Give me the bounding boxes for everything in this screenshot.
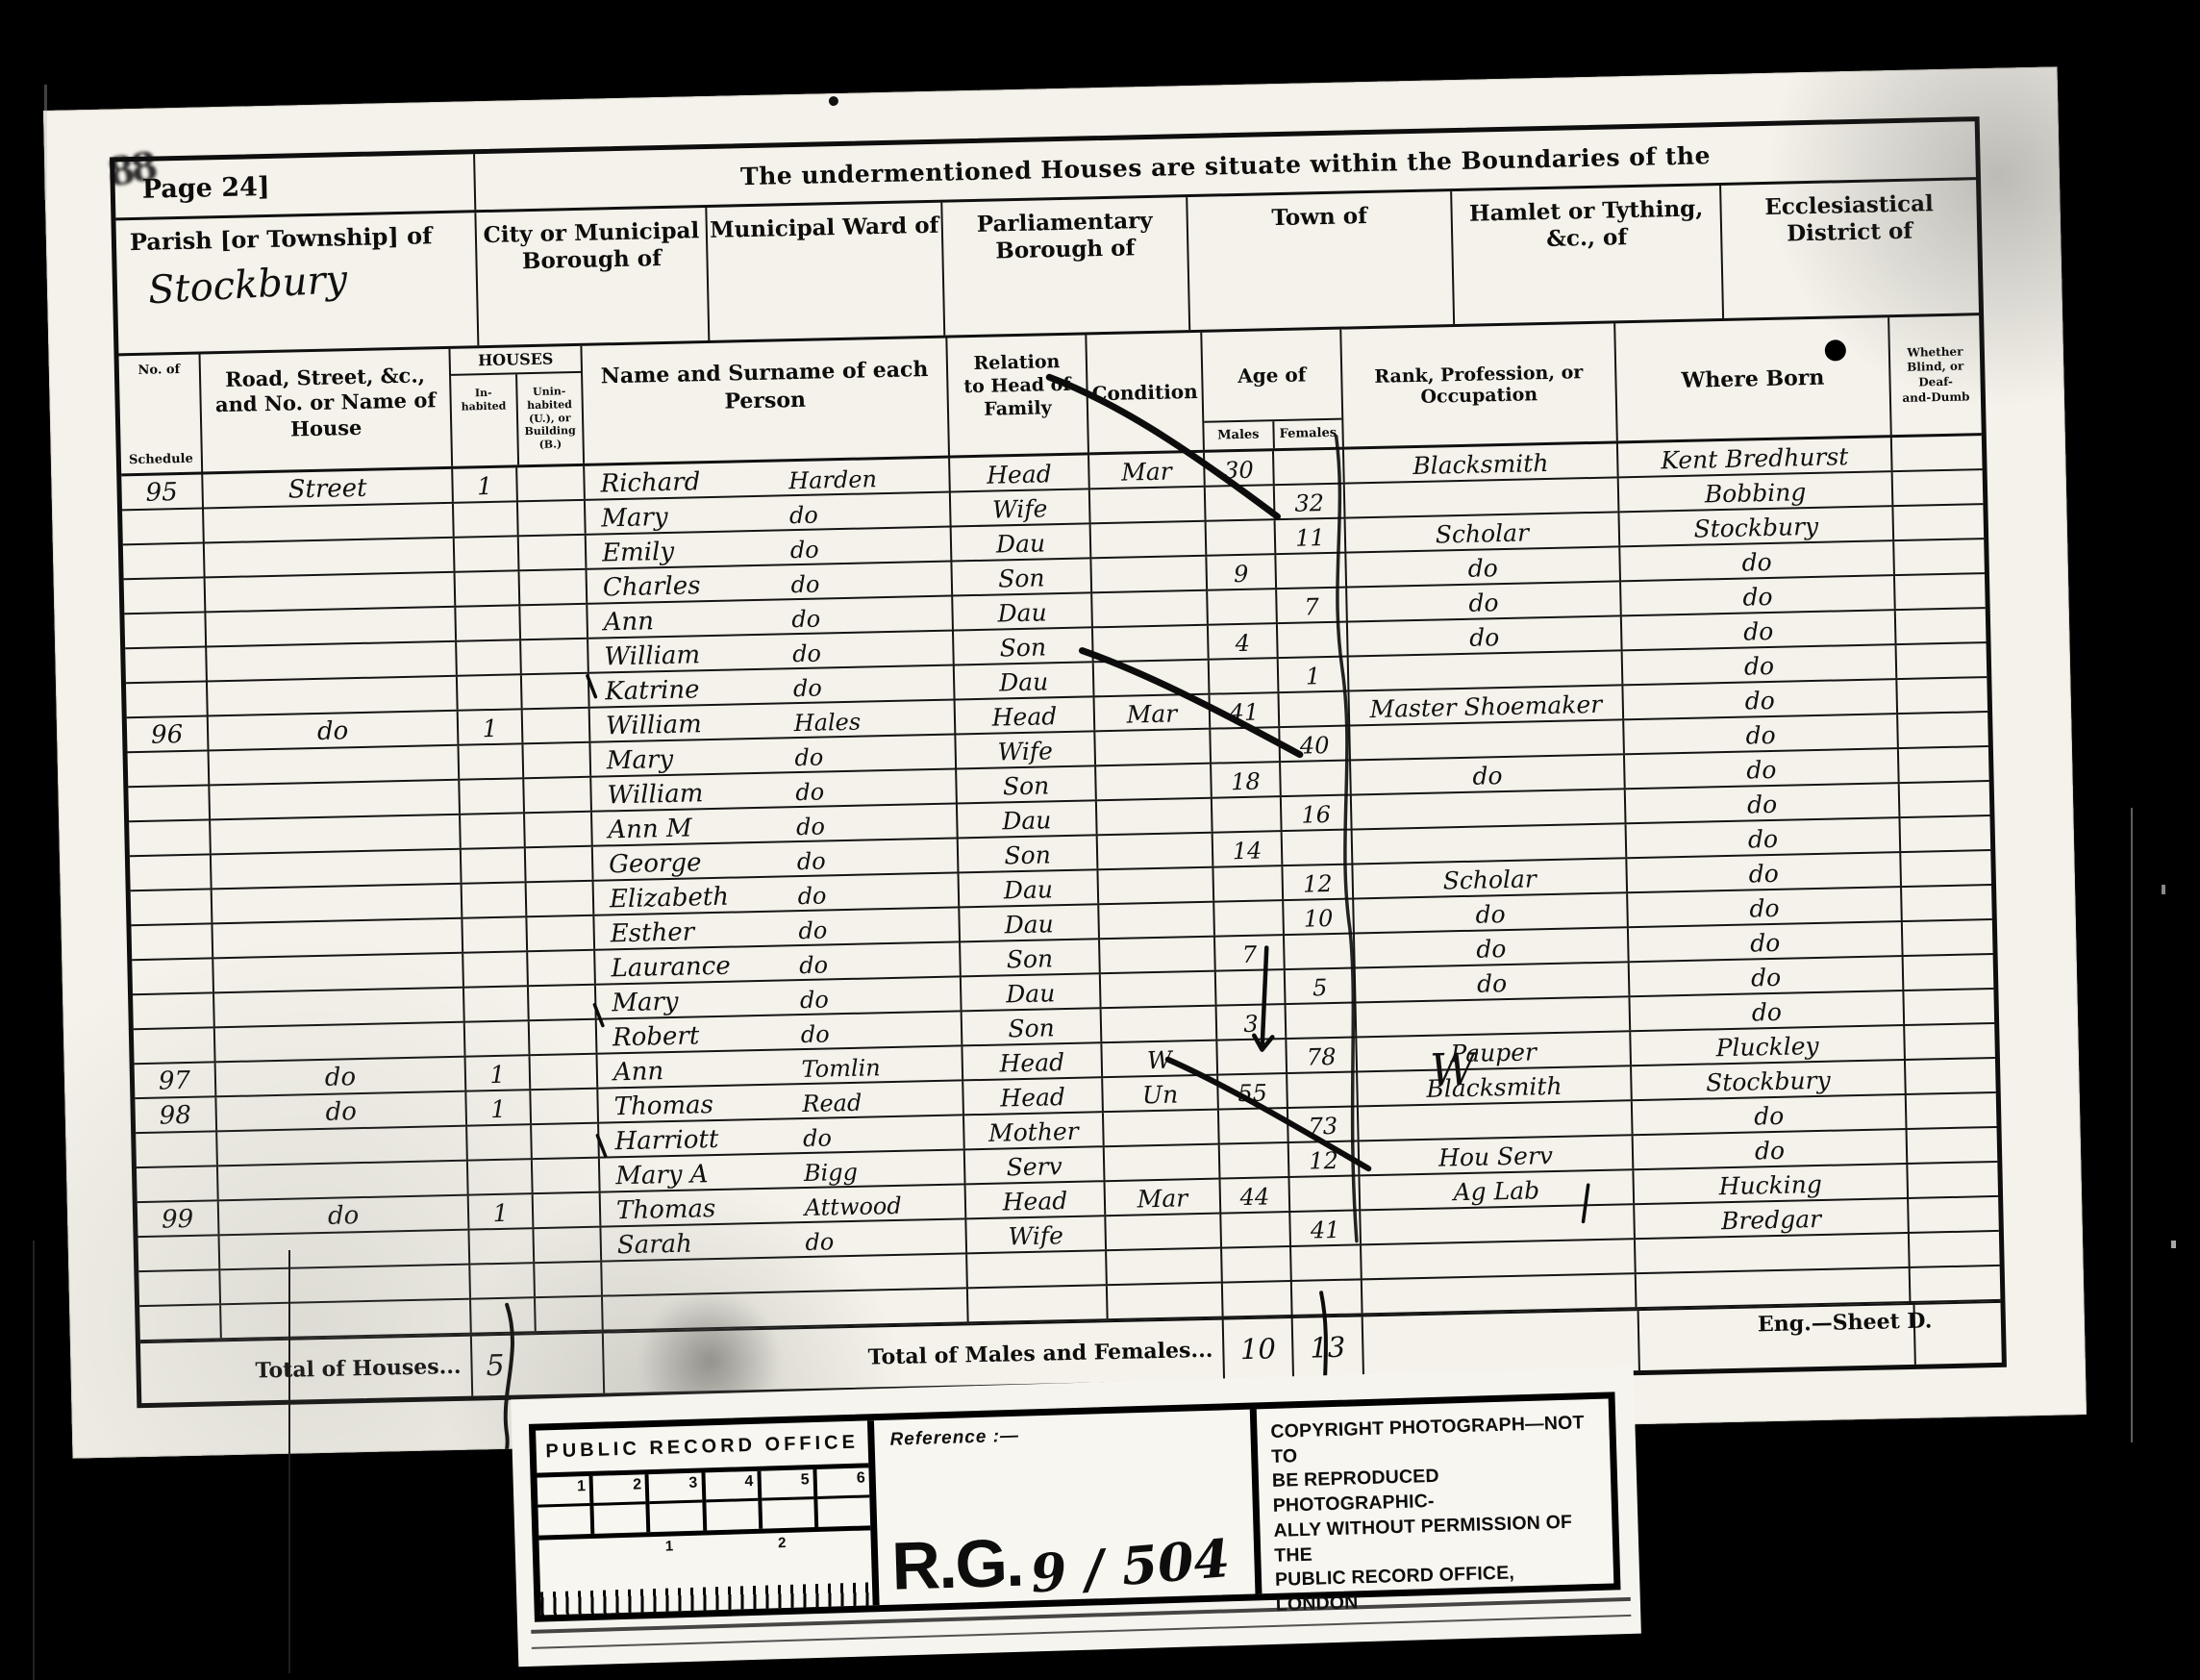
relation-cell: Wife: [956, 732, 1096, 767]
where-born-cell: do: [1621, 576, 1896, 614]
relation-cell: Head: [950, 455, 1090, 490]
occupation-cell: do: [1346, 547, 1621, 586]
col-males: Males: [1204, 421, 1274, 450]
schedule-cell: [131, 924, 213, 959]
road-cell: [213, 954, 464, 992]
condition-cell: W: [1102, 1041, 1218, 1077]
schedule-cell: [125, 647, 208, 682]
name-cell: WilliamHales: [590, 700, 957, 740]
age-male-cell: 14: [1213, 832, 1284, 866]
schedule-cell: [133, 993, 215, 1028]
name-cell: AnnTomlin: [598, 1046, 964, 1087]
relation-cell: Dau: [952, 524, 1092, 560]
age-male-cell: 18: [1212, 763, 1282, 797]
relation-cell: Head: [966, 1182, 1107, 1217]
inhabited-cell: [470, 1264, 536, 1297]
age-male-cell: 7: [1215, 936, 1286, 970]
condition-cell: Mar: [1106, 1180, 1222, 1216]
relation-cell: Son: [954, 628, 1094, 664]
where-born-cell: do: [1626, 784, 1901, 822]
table-rows: 95Street1RichardHardenHeadMar30Blacksmit…: [121, 436, 2000, 1341]
where-born-cell: do: [1630, 957, 1905, 995]
road-cell: [204, 504, 455, 542]
age-male-cell: [1207, 520, 1277, 555]
relation-cell: Son: [962, 1009, 1103, 1044]
occupation-cell: Master Shoemaker: [1349, 686, 1624, 724]
total-houses-label: Total of Houses...: [140, 1337, 473, 1404]
road-cell: do: [209, 712, 460, 750]
col-uninhabited: Unin-habited (U.), orBuilding (B.): [517, 373, 584, 464]
name-cell: Marydo: [586, 493, 952, 534]
age-female-cell: 11: [1276, 519, 1347, 554]
road-cell: [215, 1023, 466, 1062]
uninhabited-cell: [535, 1263, 603, 1297]
condition-cell: [1104, 1111, 1220, 1146]
age-female-cell: [1289, 1176, 1361, 1211]
uninhabited-cell: [534, 1193, 602, 1228]
road-cell: [210, 781, 461, 819]
road-cell: [212, 850, 462, 889]
schedule-cell: [123, 543, 206, 578]
occupation-cell: [1352, 790, 1627, 828]
schedule-cell: [124, 613, 207, 647]
relation-cell: Dau: [958, 801, 1098, 837]
uninhabited-cell: [536, 1297, 604, 1332]
uninhabited-cell: [519, 536, 587, 570]
road-cell: [212, 885, 463, 923]
age-female-cell: [1292, 1280, 1363, 1315]
condition-cell: [1097, 799, 1213, 835]
age-female-cell: [1291, 1245, 1362, 1280]
occupation-cell: do: [1347, 582, 1622, 620]
inhabited-cell: [456, 606, 521, 639]
schedule-cell: [129, 820, 212, 855]
occupation-cell: Hou Serv: [1360, 1136, 1635, 1174]
col-inhabited: In-habited: [451, 374, 519, 465]
road-cell: [206, 608, 457, 646]
col-condition: Condition: [1087, 333, 1205, 453]
relation-cell: Dau: [960, 905, 1100, 940]
occupation-cell: [1359, 1101, 1634, 1140]
road-cell: [211, 815, 462, 854]
relation-cell: Dau: [955, 663, 1095, 698]
relation-cell: Son: [952, 559, 1092, 594]
col-females: Females: [1274, 420, 1342, 449]
where-born-cell: do: [1627, 853, 1902, 891]
uninhabited-cell: [521, 639, 589, 674]
uninhabited-cell: [527, 916, 595, 951]
schedule-cell: [128, 786, 211, 820]
infirmity-cell: [1904, 990, 1994, 1024]
parish-label: Parish [or Township] of: [130, 221, 462, 257]
name-cell: Elizabethdo: [594, 873, 961, 914]
road-cell: [218, 1162, 469, 1200]
inhabited-cell: 1: [459, 710, 524, 743]
age-male-cell: [1212, 797, 1283, 832]
ecclesiastical-district-box: Ecclesiastical District of: [1721, 180, 1979, 318]
infirmity-cell: [1902, 886, 1992, 920]
name-cell: Sarahdo: [601, 1219, 967, 1260]
inhabited-cell: [465, 1021, 531, 1055]
sheet-note: Eng.—Sheet D.: [1758, 1308, 1933, 1337]
where-born-cell: [1636, 1234, 1911, 1272]
road-cell: Street: [203, 469, 454, 508]
occupation-cell: do: [1348, 616, 1623, 655]
condition-cell: [1091, 557, 1208, 592]
occupation-cell: Ag Lab: [1360, 1170, 1635, 1209]
name-cell: Estherdo: [594, 908, 961, 948]
uninhabited-cell: [523, 743, 591, 778]
relation-cell: Dau: [959, 870, 1099, 906]
stamp-copyright-section: COPYRIGHT PHOTOGRAPH—NOT TO BE REPRODUCE…: [1257, 1399, 1614, 1594]
infirmity-cell: [1895, 574, 1986, 609]
total-females-value: 13: [1293, 1316, 1364, 1378]
age-female-cell: [1285, 934, 1356, 968]
name-cell: ThomasAttwood: [601, 1185, 967, 1225]
where-born-cell: Kent Bredhurst: [1618, 438, 1893, 476]
schedule-cell: [138, 1236, 221, 1270]
inhabited-cell: [461, 814, 526, 847]
infirmity-cell: [1908, 1163, 1998, 1197]
infirmity-cell: [1911, 1266, 2001, 1301]
age-male-cell: [1221, 1213, 1291, 1247]
schedule-cell: 95: [121, 474, 204, 509]
condition-cell: [1096, 765, 1212, 800]
col-schedule: No. ofSchedule: [119, 355, 204, 474]
scanned-census-image: { "document": { "page_label": "Page 24]"…: [0, 0, 2200, 1680]
town-box: Town of: [1187, 191, 1455, 330]
age-female-cell: [1279, 692, 1350, 727]
schedule-cell: [136, 1132, 218, 1166]
age-male-cell: [1222, 1247, 1292, 1282]
uninhabited-cell: [518, 501, 587, 536]
road-cell: [220, 1266, 471, 1304]
where-born-cell: do: [1630, 991, 1905, 1030]
road-cell: do: [219, 1196, 470, 1235]
inhabited-cell: [462, 917, 528, 951]
age-female-cell: 73: [1288, 1107, 1360, 1141]
uninhabited-cell: [531, 1055, 599, 1090]
infirmity-cell: [1893, 505, 1984, 539]
infirmity-cell: [1905, 1024, 1995, 1059]
road-cell: do: [216, 1058, 467, 1096]
infirmity-cell: [1899, 747, 1989, 782]
where-born-cell: do: [1620, 541, 1895, 580]
parliamentary-borough-box: Parliamentary Borough of: [942, 197, 1190, 336]
age-male-cell: [1216, 970, 1287, 1005]
schedule-cell: [130, 855, 212, 890]
relation-cell: Wife: [966, 1216, 1107, 1252]
inhabited-cell: 1: [466, 1091, 532, 1124]
road-cell: [221, 1300, 472, 1339]
occupation-cell: do: [1354, 893, 1629, 932]
condition-cell: Un: [1103, 1076, 1219, 1112]
age-male-cell: [1206, 486, 1276, 520]
occupation-cell: Blacksmith: [1344, 443, 1619, 482]
condition-cell: [1107, 1249, 1223, 1285]
infirmity-cell: [1910, 1232, 2000, 1266]
inhabited-cell: [462, 883, 528, 916]
stamp-reference-section: Reference :— R.G. 9 / 504: [874, 1409, 1262, 1605]
uninhabited-cell: [528, 951, 596, 986]
name-cell: Katrinedo: [589, 665, 956, 706]
census-table: Page 24] The undermentioned Houses are s…: [110, 116, 2007, 1408]
city-borough-box: City or Municipal Borough of: [476, 208, 710, 345]
where-born-cell: do: [1625, 749, 1900, 788]
inhabited-cell: [469, 1229, 535, 1263]
condition-cell: [1105, 1145, 1221, 1181]
occupation-cell: [1362, 1240, 1637, 1278]
inhabited-cell: 1: [469, 1194, 535, 1228]
road-cell: [206, 573, 457, 612]
relation-cell: Head: [956, 697, 1096, 733]
condition-cell: [1098, 834, 1214, 869]
occupation-cell: Scholar: [1346, 513, 1621, 551]
occupation-cell: do: [1355, 928, 1630, 966]
road-cell: [208, 677, 459, 715]
where-born-cell: do: [1628, 888, 1903, 926]
total-males-value: 10: [1224, 1318, 1294, 1380]
age-female-cell: [1287, 1003, 1358, 1038]
condition-cell: [1090, 488, 1207, 523]
col-houses-group: HOUSES In-habited Unin-habited (U.), orB…: [450, 346, 585, 466]
name-cell: Williamdo: [588, 631, 955, 671]
age-female-cell: 12: [1289, 1141, 1361, 1176]
ruler-ticks: [540, 1582, 873, 1615]
age-female-cell: 16: [1282, 796, 1353, 831]
age-female-cell: [1287, 1072, 1359, 1107]
where-born-cell: do: [1634, 1130, 1909, 1168]
occupation-cell: [1349, 651, 1624, 690]
condition-cell: [1099, 903, 1215, 939]
reference-value: 9 / 504: [1029, 1535, 1232, 1597]
infirmity-cell: [1896, 609, 1987, 643]
road-cell: [210, 746, 461, 785]
inhabited-cell: [457, 640, 522, 674]
uninhabited-cell: [534, 1228, 602, 1263]
where-born-cell: [1637, 1268, 1912, 1307]
occupation-cell: [1362, 1274, 1637, 1313]
age-male-cell: 3: [1217, 1005, 1287, 1040]
uninhabited-cell: [527, 882, 595, 916]
where-born-cell: do: [1633, 1095, 1908, 1134]
relation-cell: Dau: [962, 974, 1102, 1010]
condition-cell: [1095, 730, 1212, 765]
stamp-box: PUBLIC RECORD OFFICE 1 2 3 4 5 6 1 2 Ref…: [529, 1392, 1621, 1621]
road-cell: [212, 919, 463, 958]
age-female-cell: [1276, 554, 1347, 589]
name-cell: Marydo: [596, 977, 962, 1017]
age-female-cell: 78: [1287, 1038, 1358, 1072]
schedule-cell: [139, 1305, 222, 1340]
scan-streak: [33, 1241, 35, 1680]
uninhabited-cell: [525, 813, 593, 847]
age-male-cell: [1213, 866, 1284, 901]
col-road: Road, Street, &c.,and No. or Name ofHous…: [201, 349, 454, 472]
scan-speck: [2162, 885, 2165, 894]
relation-cell: Serv: [965, 1147, 1106, 1183]
inhabited-cell: 1: [466, 1056, 532, 1090]
where-born-cell: Stockbury: [1632, 1061, 1907, 1099]
where-born-cell: do: [1627, 818, 1902, 857]
infirmity-cell: [1900, 782, 1990, 816]
occupation-cell: Pauper: [1357, 1032, 1632, 1070]
where-born-cell: Hucking: [1634, 1165, 1909, 1203]
condition-cell: [1108, 1284, 1224, 1319]
reference-prefix: R.G.: [891, 1533, 1024, 1597]
age-female-cell: [1283, 830, 1354, 865]
schedule-cell: 98: [135, 1097, 217, 1132]
infirmity-cell: [1897, 643, 1987, 678]
relation-cell: [968, 1286, 1109, 1321]
col-where-born: Where Born: [1615, 317, 1892, 440]
inhabited-cell: [459, 744, 524, 778]
schedule-cell: [131, 890, 213, 924]
parish-value: Stockbury: [147, 251, 463, 313]
condition-cell: [1094, 661, 1211, 696]
occupation-cell: [1361, 1205, 1636, 1243]
col-occupation: Rank, Profession, or Occupation: [1341, 323, 1618, 446]
inhabited-cell: [462, 848, 527, 882]
inhabited-cell: [463, 952, 529, 986]
infirmity-cell: [1892, 436, 1983, 470]
where-born-cell: Stockbury: [1619, 507, 1894, 545]
name-cell: Laurancedo: [595, 942, 962, 983]
uninhabited-cell: [531, 1090, 599, 1124]
age-male-cell: 30: [1205, 451, 1275, 486]
age-male-cell: [1219, 1109, 1289, 1143]
inhabited-cell: 1: [453, 467, 518, 501]
uninhabited-cell: [529, 986, 597, 1020]
name-cell: RichardHarden: [585, 459, 951, 499]
condition-cell: [1098, 868, 1214, 904]
col-infirmity: WhetherBlind, or Deaf-and-Dumb: [1889, 315, 1982, 435]
where-born-cell: do: [1622, 611, 1897, 649]
infirmity-cell: [1904, 955, 1994, 990]
relation-cell: Wife: [951, 489, 1091, 525]
age-male-cell: 44: [1220, 1178, 1290, 1213]
infirmity-cell: [1909, 1197, 1999, 1232]
name-cell: Williamdo: [591, 769, 958, 810]
inhabited-cell: [454, 502, 519, 536]
page-label: Page 24]: [114, 154, 476, 217]
road-cell: [214, 989, 465, 1027]
relation-cell: Son: [957, 766, 1097, 802]
col-age-group: Age of Males Females: [1202, 330, 1344, 450]
relation-cell: [967, 1251, 1108, 1287]
age-male-cell: [1208, 589, 1278, 624]
name-cell: Georgedo: [593, 839, 960, 879]
schedule-cell: [124, 578, 207, 613]
road-cell: [220, 1231, 471, 1269]
where-born-cell: Bredgar: [1635, 1199, 1910, 1238]
age-male-cell: 9: [1207, 555, 1277, 589]
parish-box: Parish [or Township] of Stockbury: [115, 213, 479, 353]
infirmity-cell: [1906, 1059, 1996, 1093]
relation-cell: Dau: [953, 593, 1093, 629]
where-born-cell: Pluckley: [1631, 1026, 1906, 1065]
condition-cell: [1100, 938, 1216, 973]
age-male-cell: 4: [1209, 624, 1279, 659]
condition-cell: [1106, 1215, 1222, 1250]
where-born-cell: do: [1629, 922, 1904, 961]
condition-cell: [1093, 626, 1210, 662]
where-born-cell: do: [1623, 680, 1898, 718]
scan-speck: [2171, 1241, 2176, 1248]
public-record-office-stamp: PUBLIC RECORD OFFICE 1 2 3 4 5 6 1 2 Ref…: [511, 1367, 1641, 1667]
relation-cell: Head: [963, 1078, 1104, 1114]
age-female-cell: [1274, 450, 1345, 485]
schedule-cell: 96: [127, 716, 210, 751]
schedule-cell: [137, 1166, 219, 1201]
ruler-icon: 1 2 3 4 5 6: [537, 1467, 871, 1540]
hamlet-box: Hamlet or Tything, &c., of: [1452, 186, 1724, 324]
name-cell: Charlesdo: [587, 563, 954, 603]
uninhabited-cell: [523, 709, 591, 743]
age-female-cell: [1281, 762, 1352, 796]
col-name: Name and Surname of eachPerson: [582, 339, 950, 464]
uninhabited-cell: [520, 605, 588, 639]
schedule-cell: [134, 1028, 216, 1063]
inhabited-cell: [460, 779, 525, 813]
road-cell: [207, 642, 458, 681]
age-male-cell: [1217, 1040, 1287, 1074]
infirmity-cell: [1893, 470, 1984, 505]
age-male-cell: 41: [1211, 693, 1281, 728]
age-female-cell: 41: [1290, 1211, 1362, 1245]
uninhabited-cell: [530, 1020, 598, 1055]
age-female-cell: 32: [1275, 485, 1346, 519]
occupation-cell: [1350, 720, 1625, 759]
total-houses-value: 5: [472, 1334, 605, 1396]
infirmity-cell: [1901, 851, 1991, 886]
condition-cell: Mar: [1095, 695, 1212, 731]
uninhabited-cell: [533, 1159, 601, 1193]
inhabited-cell: [455, 537, 520, 570]
occupation-cell: do: [1351, 755, 1626, 793]
condition-cell: [1091, 522, 1208, 558]
uninhabited-cell: [522, 674, 590, 709]
occupation-cell: do: [1356, 963, 1631, 1001]
ink-w-mark: W: [1429, 1043, 1475, 1096]
uninhabited-cell: [524, 778, 592, 813]
infirmity-cell: [1900, 816, 1990, 851]
schedule-cell: [128, 751, 211, 786]
road-cell: do: [216, 1092, 467, 1131]
name-cell: Marydo: [590, 735, 957, 775]
inhabited-cell: [467, 1125, 533, 1159]
age-female-cell: 40: [1280, 727, 1351, 762]
uninhabited-cell: [517, 466, 586, 501]
infirmity-cell: [1903, 920, 1993, 955]
condition-cell: [1092, 591, 1209, 627]
occupation-cell: Scholar: [1353, 859, 1628, 897]
age-female-cell: 10: [1284, 899, 1355, 934]
where-born-cell: do: [1623, 645, 1898, 684]
name-cell: Robertdo: [597, 1012, 963, 1052]
age-male-cell: 55: [1218, 1074, 1288, 1109]
age-female-cell: 1: [1279, 658, 1350, 692]
occupation-cell: [1345, 478, 1620, 516]
age-male-cell: [1210, 659, 1280, 693]
age-female-cell: 7: [1277, 589, 1348, 623]
infirmity-cell: [1894, 539, 1985, 574]
census-page: 88 Page 24] The undermentioned Houses ar…: [43, 66, 2087, 1458]
relation-cell: Son: [959, 836, 1099, 871]
name-cell: Emilydo: [587, 528, 953, 568]
infirmity-cell: [1907, 1093, 1997, 1128]
infirmity-cell: [1897, 678, 1987, 713]
